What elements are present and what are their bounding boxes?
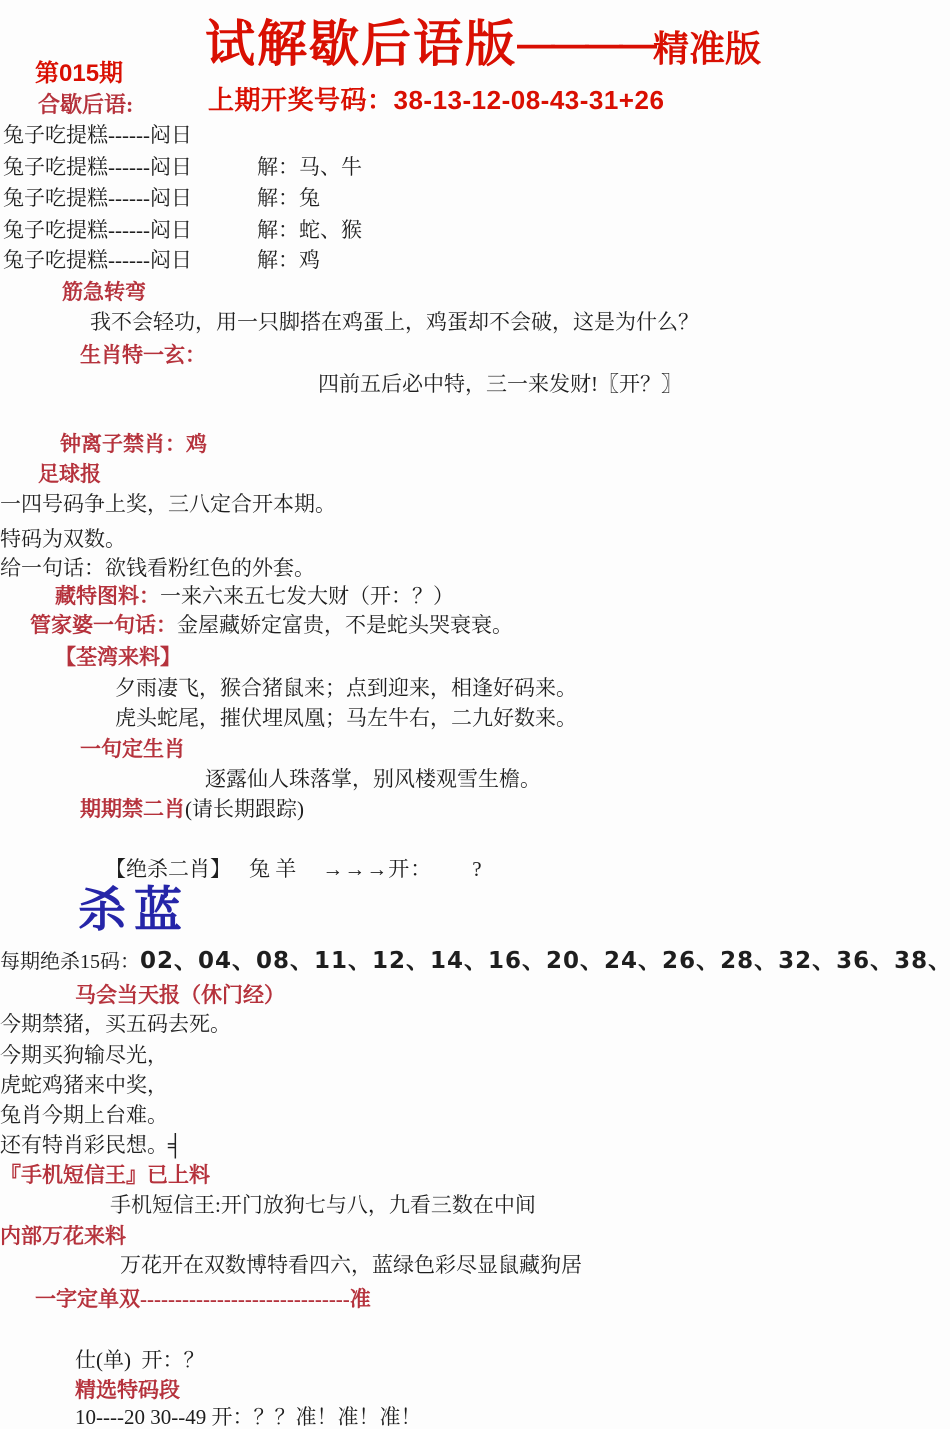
kill-15-numbers: 02、04、08、11、12、14、16、20、24、26、28、32、36、3… bbox=[140, 948, 950, 974]
zodiac-special-text: 四前五后必中特，三一来发财!〖开？〗 bbox=[318, 372, 682, 396]
one-sentence-text: 逐露仙人珠落掌，别风楼观雪生檐。 bbox=[205, 767, 541, 791]
riddle-row: 兔子吃提糕------闷日解：鸡 bbox=[3, 248, 603, 272]
football-report-label: 足球报 bbox=[38, 462, 101, 486]
riddle-text: 兔子吃提糕------闷日 bbox=[3, 248, 192, 272]
sms-king-label: 『手机短信王』已上料 bbox=[0, 1163, 210, 1187]
riddle-text: 兔子吃提糕------闷日 bbox=[3, 186, 192, 210]
riddle-answer: 解：马、牛 bbox=[257, 155, 362, 179]
one-sentence-label: 一句定生肖 bbox=[80, 737, 185, 761]
one-word-line: 一字定单双------------------------------准 bbox=[35, 1287, 371, 1311]
cangte-text: 一来六来五七发大财（开：？） bbox=[160, 584, 454, 608]
page-title-sub: 精准版 bbox=[653, 28, 761, 69]
ban-zodiac-line: 钟离子禁肖：鸡 bbox=[60, 432, 207, 456]
riddle-text: 兔子吃提糕------闷日 bbox=[3, 123, 192, 147]
riddle-answer: 解：兔 bbox=[257, 186, 320, 210]
riddle-row: 兔子吃提糕------闷日 bbox=[3, 123, 603, 147]
kill-two-animals: 兔 羊 bbox=[249, 857, 296, 881]
arrow-open-text: →→→开： bbox=[322, 857, 432, 881]
mahui-line: 虎蛇鸡猪来中奖， bbox=[0, 1073, 168, 1097]
riddle-answer: 解：蛇、猴 bbox=[257, 218, 362, 242]
riddle-text: 兔子吃提糕------闷日 bbox=[3, 218, 192, 242]
guanjiapo-line: 管家婆一句话：金屋藏娇定富贵，不是蛇头哭衰衰。 bbox=[30, 613, 513, 637]
quanwan-line-2: 虎头蛇尾，摧伏埋凤凰；马左牛右，二九好数来。 bbox=[115, 706, 577, 730]
wanhua-text: 万花开在双数博特看四六，蓝绿色彩尽显鼠藏狗居 bbox=[120, 1253, 582, 1277]
page-title: 试解歇后语版————精准版 bbox=[205, 16, 761, 74]
mahui-line: 今期买狗输尽光， bbox=[0, 1043, 168, 1067]
football-line-2: 特码为双数。 bbox=[0, 527, 126, 551]
brain-teaser-label: 筋急转弯 bbox=[62, 280, 146, 304]
guanjiapo-text: 金屋藏娇定富贵，不是蛇头哭衰衰。 bbox=[177, 613, 513, 637]
riddle-row: 兔子吃提糕------闷日解：马、牛 bbox=[3, 155, 603, 179]
kill-two-label: 【绝杀二肖】 bbox=[105, 857, 231, 881]
mahui-line: 兔肖今期上台难。 bbox=[0, 1103, 168, 1127]
issue-number: 第015期 bbox=[35, 60, 123, 88]
football-line-1: 一四号码争上奖，三八定合开本期。 bbox=[0, 492, 336, 516]
kill-15-line: 每期绝杀15码：02、04、08、11、12、14、16、20、24、26、28… bbox=[0, 948, 950, 974]
riddle-row: 兔子吃提糕------闷日解：蛇、猴 bbox=[3, 218, 603, 242]
ban-two-label: 期期禁二肖 bbox=[80, 797, 185, 821]
duan-line: 10----20 30--49 开：？？准！准！准！ bbox=[75, 1405, 421, 1429]
ban-two-note: (请长期跟踪) bbox=[185, 797, 304, 821]
shi-dan-line: 仕(单) 开：？ bbox=[75, 1348, 205, 1372]
kill-two-result: ? bbox=[472, 857, 481, 881]
guanjiapo-label: 管家婆一句话： bbox=[30, 613, 177, 637]
title-dash: ———— bbox=[517, 24, 653, 66]
kill-15-label: 每期绝杀15码： bbox=[0, 951, 140, 973]
quanwan-line-1: 夕雨凄飞，猴合猪鼠来；点到迎来，相逢好码来。 bbox=[115, 676, 577, 700]
page-title-main: 试解歇后语版 bbox=[205, 16, 517, 72]
kill-blue-heading: 杀蓝 bbox=[78, 883, 190, 938]
kill-two-line: 【绝杀二肖】兔 羊→→→开：? bbox=[105, 857, 482, 881]
mahui-label: 马会当天报（休门经） bbox=[75, 983, 285, 1007]
zodiac-special-label: 生肖特一玄： bbox=[80, 343, 206, 367]
football-line-3: 给一句话：欲钱看粉红色的外套。 bbox=[0, 556, 315, 580]
cangte-label: 藏特图料： bbox=[55, 584, 160, 608]
jingxuan-label: 精选特码段 bbox=[75, 1378, 180, 1402]
sms-king-text: 手机短信王:开门放狗七与八，九看三数在中间 bbox=[110, 1193, 536, 1217]
previous-draw-numbers: 上期开奖号码：38-13-12-08-43-31+26 bbox=[208, 86, 664, 116]
mahui-line: 今期禁猪，买五码去死。 bbox=[0, 1012, 231, 1036]
wanhua-label: 内部万花来料 bbox=[0, 1224, 126, 1248]
tip-sheet-page: 试解歇后语版————精准版 第015期 合歇后语: 上期开奖号码：38-13-1… bbox=[0, 0, 950, 1429]
mahui-line: 还有特肖彩民想。╡ bbox=[0, 1133, 183, 1157]
cangte-line: 藏特图料：一来六来五七发大财（开：？） bbox=[55, 584, 454, 608]
riddle-text: 兔子吃提糕------闷日 bbox=[3, 155, 192, 179]
quanwan-label: 【荃湾来料】 bbox=[55, 645, 181, 669]
riddle-answer: 解：鸡 bbox=[257, 248, 320, 272]
brain-teaser-question: 我不会轻功，用一只脚搭在鸡蛋上，鸡蛋却不会破，这是为什么？ bbox=[90, 310, 699, 334]
riddle-section-label: 合歇后语: bbox=[38, 92, 133, 117]
ban-two-line: 期期禁二肖(请长期跟踪) bbox=[80, 797, 304, 821]
riddle-row: 兔子吃提糕------闷日解：兔 bbox=[3, 186, 603, 210]
